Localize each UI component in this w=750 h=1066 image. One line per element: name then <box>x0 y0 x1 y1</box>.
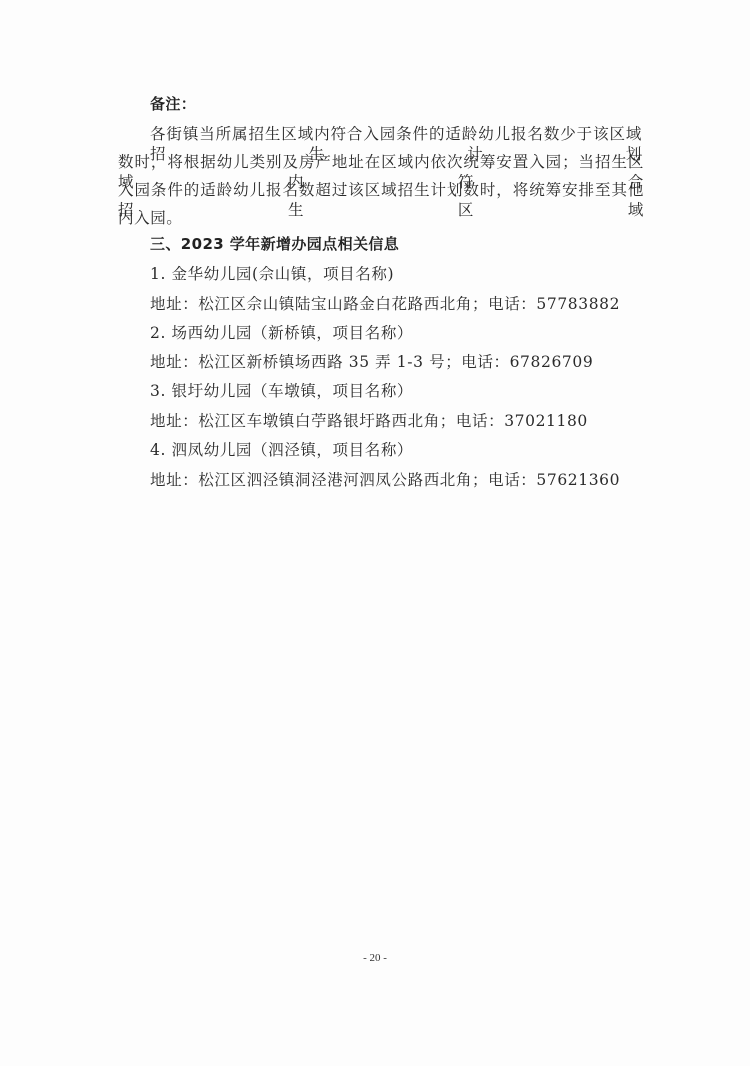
note-title: 备注： <box>150 94 642 114</box>
page-number: - 20 - <box>0 952 750 964</box>
kindergarten-1-address: 地址：松江区佘山镇陆宝山路金白花路西北角；电话：57783882 <box>150 294 642 314</box>
kindergarten-3-name: 3. 银圩幼儿园（车墩镇，项目名称） <box>150 381 642 401</box>
section-title: 三、2023 学年新增办园点相关信息 <box>150 234 642 254</box>
kindergarten-1-name: 1. 金华幼儿园(佘山镇，项目名称) <box>150 264 642 284</box>
kindergarten-4-name: 4. 泗凤幼儿园（泗泾镇，项目名称） <box>150 440 642 460</box>
kindergarten-2-address: 地址：松江区新桥镇场西路 35 弄 1-3 号；电话：67826709 <box>150 352 642 372</box>
kindergarten-2-name: 2. 场西幼儿园（新桥镇，项目名称） <box>150 323 642 343</box>
kindergarten-3-address: 地址：松江区车墩镇白苧路银圩路西北角；电话：37021180 <box>150 411 642 431</box>
note-paragraph-line-4: 内入园。 <box>118 208 644 228</box>
document-page: 备注： 各街镇当所属招生区域内符合入园条件的适龄幼儿报名数少于该区域招生计划 数… <box>0 0 750 1066</box>
kindergarten-4-address: 地址：松江区泗泾镇洞泾港河泗凤公路西北角；电话：57621360 <box>150 470 642 490</box>
